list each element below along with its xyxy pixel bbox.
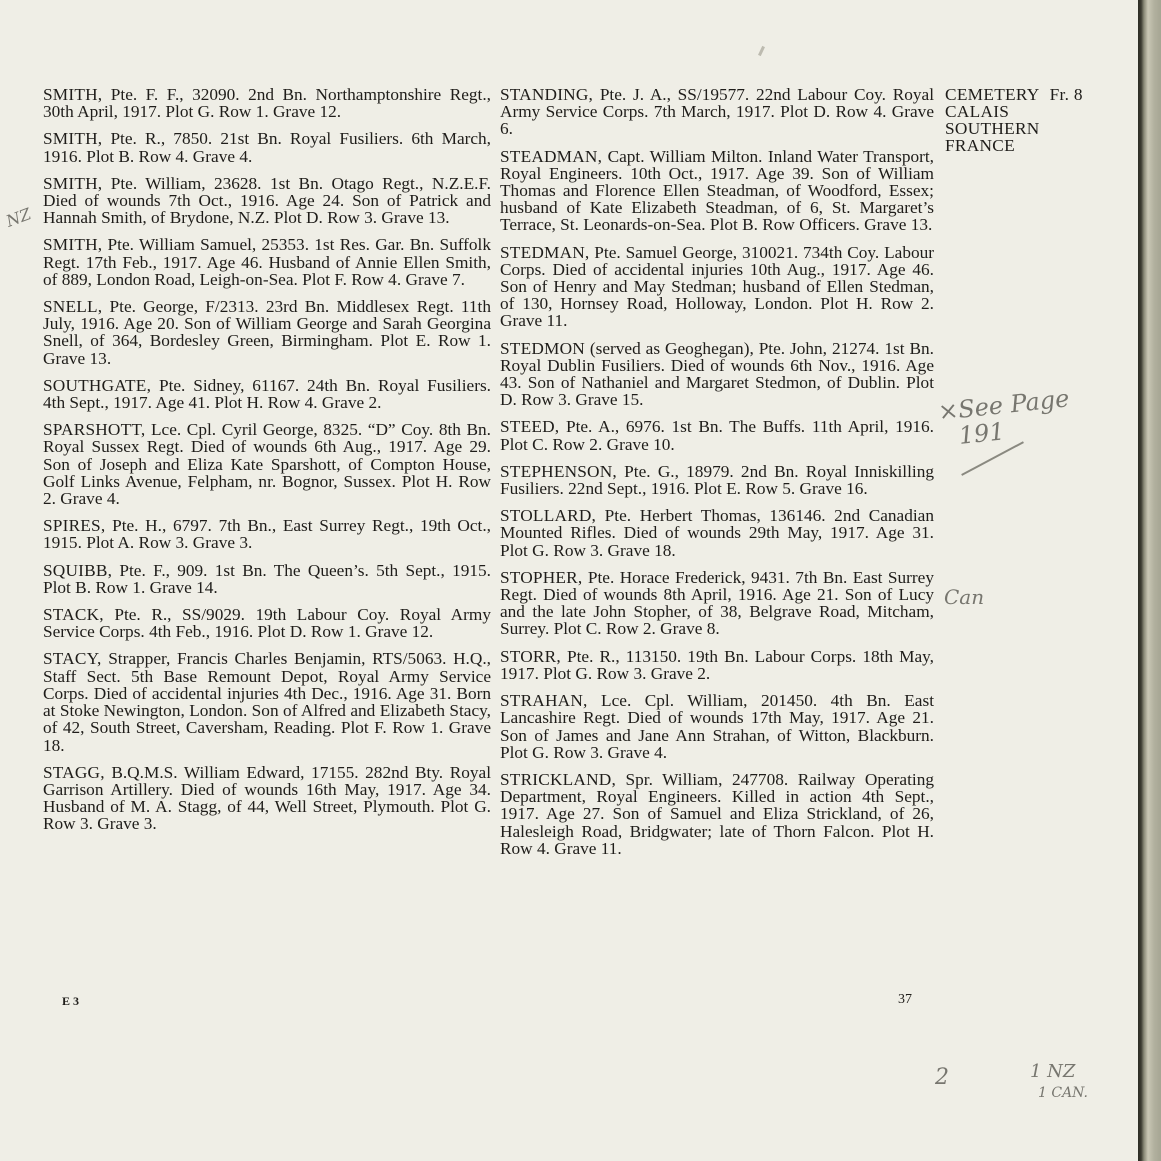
- right-column: STANDING, Pte. J. A., SS/19577. 22nd Lab…: [500, 86, 934, 867]
- register-entry: SQUIBB, Pte. F., 909. 1st Bn. The Queen’…: [43, 562, 491, 596]
- pencil-note-nz: NZ: [4, 204, 34, 230]
- entry-details: Pte. George, F/2313. 23rd Bn. Middlesex …: [43, 297, 491, 368]
- cemetery-heading: CEMETERY Fr. 8 CALAIS SOUTHERN FRANCE: [945, 86, 1083, 154]
- register-entry: STEED, Pte. A., 6976. 1st Bn. The Buffs.…: [500, 418, 934, 452]
- register-entry: STRAHAN, Lce. Cpl. William, 201450. 4th …: [500, 692, 934, 761]
- tally-can: 1 CAN.: [1038, 1085, 1088, 1101]
- register-entry: STEDMON (served as Geoghegan), Pte. John…: [500, 340, 934, 409]
- entry-surname: STEADMAN,: [500, 147, 602, 166]
- register-entry: SOUTHGATE, Pte. Sidney, 61167. 24th Bn. …: [43, 377, 491, 411]
- entry-surname: STRICKLAND,: [500, 770, 616, 789]
- entry-details: Pte. R., 113150. 19th Bn. Labour Corps. …: [500, 647, 934, 683]
- register-entry: SMITH, Pte. F. F., 32090. 2nd Bn. Northa…: [43, 86, 491, 120]
- register-entry: STEDMAN, Pte. Samuel George, 310021. 734…: [500, 244, 934, 330]
- book-spine-edge: [1138, 0, 1161, 1161]
- entry-details: Pte. A., 6976. 1st Bn. The Buffs. 11th A…: [500, 417, 934, 453]
- register-entry: STEADMAN, Capt. William Milton. Inland W…: [500, 148, 934, 234]
- entry-surname: SPARSHOTT,: [43, 420, 145, 439]
- pencil-note-can: Can: [944, 585, 984, 609]
- page-number: 37: [898, 992, 912, 1008]
- entry-surname: STRAHAN,: [500, 691, 588, 710]
- register-entry: STACK, Pte. R., SS/9029. 19th Labour Coy…: [43, 606, 491, 640]
- see-page-text: ×See Page: [937, 384, 1071, 426]
- register-entry: STANDING, Pte. J. A., SS/19577. 22nd Lab…: [500, 86, 934, 138]
- document-page: SMITH, Pte. F. F., 32090. 2nd Bn. Northa…: [0, 0, 1142, 1161]
- register-entry: SMITH, Pte. William Samuel, 25353. 1st R…: [43, 236, 491, 288]
- signature-mark: E 3: [62, 994, 79, 1009]
- entry-surname: SNELL,: [43, 297, 102, 316]
- pencil-note-tally: 1 NZ 1 CAN.: [1030, 1062, 1088, 1103]
- heading-line-calais: CALAIS: [945, 103, 1083, 120]
- entry-details: Pte. F. F., 32090. 2nd Bn. Northamptonsh…: [43, 85, 491, 121]
- see-page-number: 191: [957, 417, 1005, 450]
- scan-blemish: [758, 46, 765, 56]
- register-entry: STACY, Strapper, Francis Charles Benjami…: [43, 650, 491, 753]
- entry-surname: SMITH,: [43, 174, 102, 193]
- entry-details: Pte. H., 6797. 7th Bn., East Surrey Regt…: [43, 516, 491, 552]
- left-column: SMITH, Pte. F. F., 32090. 2nd Bn. Northa…: [43, 86, 491, 843]
- entry-surname: STORR,: [500, 647, 561, 666]
- entry-surname: SQUIBB,: [43, 561, 112, 580]
- entry-surname: STEDMON: [500, 339, 585, 358]
- pencil-note-count: 2: [935, 1065, 949, 1090]
- register-entry: STOLLARD, Pte. Herbert Thomas, 136146. 2…: [500, 507, 934, 559]
- entry-details: Pte. R., 7850. 21st Bn. Royal Fusiliers.…: [43, 129, 491, 165]
- register-entry: SMITH, Pte. William, 23628. 1st Bn. Otag…: [43, 175, 491, 227]
- heading-line-southern: SOUTHERN: [945, 120, 1083, 137]
- entry-surname: SMITH,: [43, 129, 102, 148]
- entry-surname: STOLLARD,: [500, 506, 596, 525]
- pencil-note-see-page: ×See Page 191: [937, 385, 1075, 464]
- heading-line-france: FRANCE: [945, 137, 1083, 154]
- entry-surname: STACK,: [43, 605, 104, 624]
- register-entry: SPARSHOTT, Lce. Cpl. Cyril George, 8325.…: [43, 421, 491, 507]
- entry-details: B.Q.M.S. William Edward, 17155. 282nd Bt…: [43, 763, 491, 834]
- tally-nz: 1 NZ: [1030, 1061, 1075, 1082]
- register-entry: STAGG, B.Q.M.S. William Edward, 17155. 2…: [43, 764, 491, 833]
- register-entry: SPIRES, Pte. H., 6797. 7th Bn., East Sur…: [43, 517, 491, 551]
- entry-details: Strapper, Francis Charles Benjamin, RTS/…: [43, 649, 491, 754]
- entry-details: Pte. William, 23628. 1st Bn. Otago Regt.…: [43, 174, 491, 227]
- register-entry: SMITH, Pte. R., 7850. 21st Bn. Royal Fus…: [43, 130, 491, 164]
- entry-surname: SOUTHGATE,: [43, 376, 151, 395]
- register-entry: STEPHENSON, Pte. G., 18979. 2nd Bn. Roya…: [500, 463, 934, 497]
- entry-surname: STACY,: [43, 649, 102, 668]
- register-entry: STOPHER, Pte. Horace Frederick, 9431. 7t…: [500, 569, 934, 638]
- entry-surname: STAGG,: [43, 763, 105, 782]
- entry-details: Pte. R., SS/9029. 19th Labour Coy. Royal…: [43, 605, 491, 641]
- register-entry: STORR, Pte. R., 113150. 19th Bn. Labour …: [500, 648, 934, 682]
- register-entry: SNELL, Pte. George, F/2313. 23rd Bn. Mid…: [43, 298, 491, 367]
- heading-reference: Fr. 8: [1050, 86, 1083, 103]
- entry-surname: SPIRES,: [43, 516, 105, 535]
- heading-line-cemetery: CEMETERY: [945, 86, 1040, 103]
- entry-surname: SMITH,: [43, 85, 102, 104]
- entry-surname: STEPHENSON,: [500, 462, 617, 481]
- entry-details: Pte. William Samuel, 25353. 1st Res. Gar…: [43, 235, 491, 288]
- register-entry: STRICKLAND, Spr. William, 247708. Railwa…: [500, 771, 934, 857]
- entry-surname: SMITH,: [43, 235, 102, 254]
- entry-surname: STEED,: [500, 417, 559, 436]
- entry-surname: STANDING,: [500, 85, 593, 104]
- entry-surname: STEDMAN,: [500, 243, 589, 262]
- entry-surname: STOPHER,: [500, 568, 582, 587]
